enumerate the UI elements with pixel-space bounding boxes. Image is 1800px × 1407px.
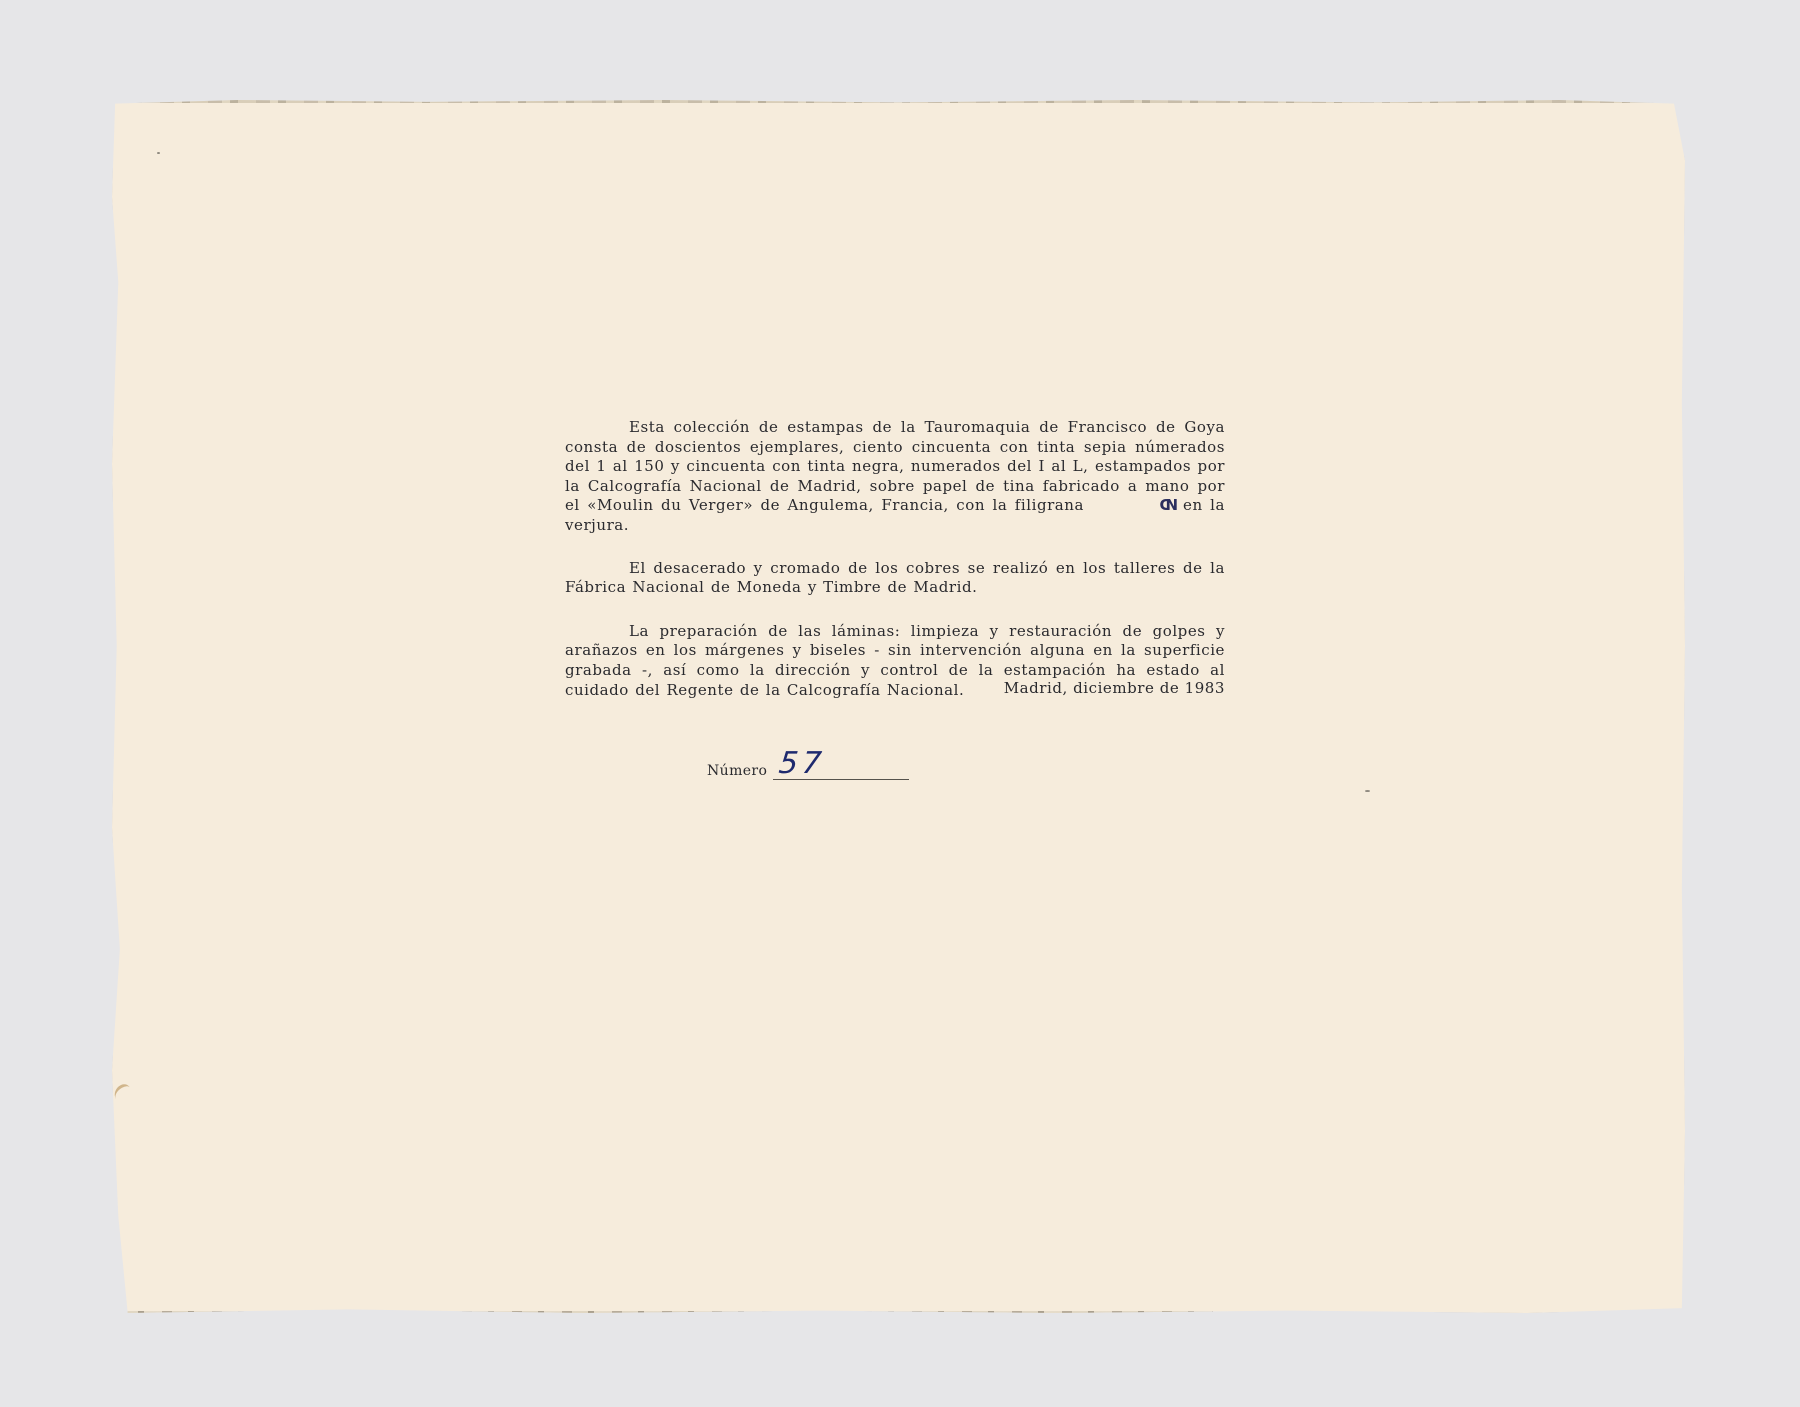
edition-number-line: 57 bbox=[773, 745, 909, 780]
edition-number: Número 57 bbox=[707, 740, 909, 780]
paper-tear-mark bbox=[111, 1082, 135, 1106]
deckle-edge-top bbox=[112, 100, 1685, 103]
calcografia-nacional-watermark-icon: CN bbox=[1091, 496, 1183, 516]
paper-speck bbox=[157, 152, 160, 154]
colophon-text: Esta colección de estampas de la Tauroma… bbox=[565, 418, 1225, 700]
edition-number-value: 57 bbox=[778, 749, 827, 779]
deckle-edge-bottom bbox=[112, 1311, 1213, 1313]
colophon-sheet: Esta colección de estampas de la Tauroma… bbox=[112, 100, 1685, 1313]
edition-number-label: Número bbox=[707, 763, 767, 779]
paragraph-edition: Esta colección de estampas de la Tauroma… bbox=[565, 418, 1225, 536]
place-date: Madrid, diciembre de 1983 bbox=[565, 679, 1225, 697]
paper-speck bbox=[1365, 790, 1370, 792]
paragraph-plates: El desacerado y cromado de los cobres se… bbox=[565, 559, 1225, 598]
